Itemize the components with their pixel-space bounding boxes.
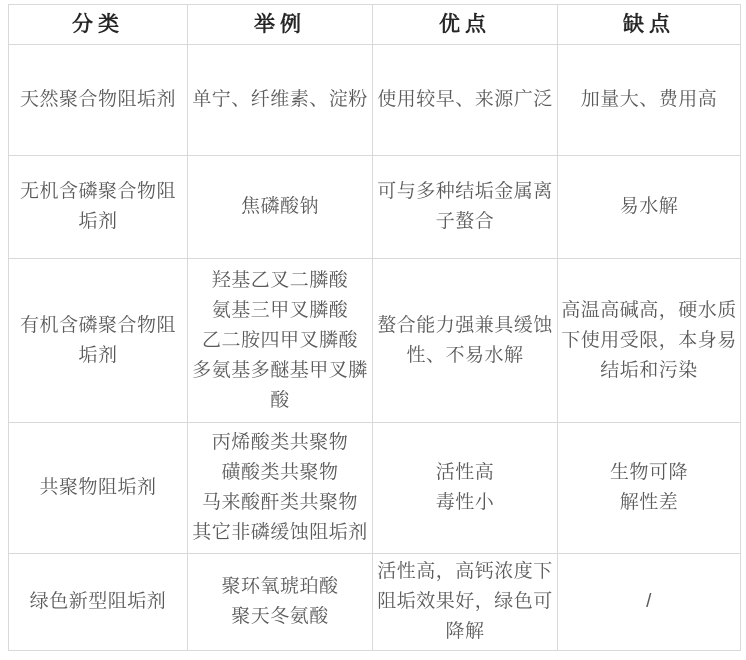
cell-disadvantages: 高温高碱高，硬水质下使用受限，本身易结垢和污染 [558,259,741,423]
cell-line: 马来酸酐类共聚物 [191,488,369,518]
cell-examples: 聚环氧琥珀酸 聚天冬氨酸 [188,554,373,651]
cell-line: 其它非磷缓蚀阻垢剂 [191,518,369,548]
cell-line: 羟基乙叉二膦酸 [191,266,369,296]
cell-line: 聚环氧琥珀酸 [191,572,369,602]
cell-disadvantages: / [558,554,741,651]
cell-advantages: 活性高 毒性小 [373,423,558,554]
table-row: 有机含磷聚合物阻垢剂 羟基乙叉二膦酸 氨基三甲叉膦酸 乙二胺四甲叉膦酸 多氨基多… [9,259,741,423]
cell-line: 螯合能力强兼具缓蚀性、不易水解 [376,311,554,371]
table-row: 无机含磷聚合物阻垢剂 焦磷酸钠 可与多种结垢金属离子螯合 易水解 [9,156,741,259]
cell-line: 磺酸类共聚物 [191,458,369,488]
cell-disadvantages: 易水解 [558,156,741,259]
column-header-advantages: 优点 [373,5,558,45]
column-header-examples: 举例 [188,5,373,45]
cell-line: 乙二胺四甲叉膦酸 [191,326,369,356]
cell-line: 生物可降 [561,458,737,488]
cell-line: 解性差 [561,488,737,518]
cell-line: 无机含磷聚合物阻垢剂 [12,177,184,237]
cell-examples: 羟基乙叉二膦酸 氨基三甲叉膦酸 乙二胺四甲叉膦酸 多氨基多醚基甲叉膦酸 [188,259,373,423]
column-header-category: 分类 [9,5,188,45]
table-row: 绿色新型阻垢剂 聚环氧琥珀酸 聚天冬氨酸 活性高，高钙浓度下阻垢效果好，绿色可降… [9,554,741,651]
cell-category: 有机含磷聚合物阻垢剂 [9,259,188,423]
cell-examples: 单宁、纤维素、淀粉 [188,45,373,156]
cell-disadvantages: 生物可降 解性差 [558,423,741,554]
table-row: 天然聚合物阻垢剂 单宁、纤维素、淀粉 使用较早、来源广泛 加量大、费用高 [9,45,741,156]
cell-line: 单宁、纤维素、淀粉 [191,85,369,115]
cell-category: 绿色新型阻垢剂 [9,554,188,651]
cell-line: 氨基三甲叉膦酸 [191,296,369,326]
cell-line: 绿色新型阻垢剂 [12,587,184,617]
cell-category: 共聚物阻垢剂 [9,423,188,554]
cell-line: 易水解 [561,192,737,222]
cell-line: / [561,587,737,617]
cell-line: 可与多种结垢金属离子螯合 [376,177,554,237]
cell-line: 加量大、费用高 [561,85,737,115]
cell-line: 活性高，高钙浓度下阻垢效果好，绿色可降解 [376,557,554,647]
header-row: 分类 举例 优点 缺点 [9,5,741,45]
cell-disadvantages: 加量大、费用高 [558,45,741,156]
cell-line: 丙烯酸类共聚物 [191,428,369,458]
cell-category: 天然聚合物阻垢剂 [9,45,188,156]
cell-category: 无机含磷聚合物阻垢剂 [9,156,188,259]
cell-line: 共聚物阻垢剂 [12,473,184,503]
cell-line: 活性高 [376,458,554,488]
document-page: 分类 举例 优点 缺点 天然聚合物阻垢剂 单宁、纤维素、淀粉 使用较早、来源广泛… [0,0,746,660]
cell-advantages: 螯合能力强兼具缓蚀性、不易水解 [373,259,558,423]
column-header-disadvantages: 缺点 [558,5,741,45]
cell-line: 有机含磷聚合物阻垢剂 [12,311,184,371]
cell-examples: 丙烯酸类共聚物 磺酸类共聚物 马来酸酐类共聚物 其它非磷缓蚀阻垢剂 [188,423,373,554]
table-row: 共聚物阻垢剂 丙烯酸类共聚物 磺酸类共聚物 马来酸酐类共聚物 其它非磷缓蚀阻垢剂… [9,423,741,554]
cell-line: 使用较早、来源广泛 [376,85,554,115]
cell-examples: 焦磷酸钠 [188,156,373,259]
cell-line: 毒性小 [376,488,554,518]
scale-inhibitor-table: 分类 举例 优点 缺点 天然聚合物阻垢剂 单宁、纤维素、淀粉 使用较早、来源广泛… [8,4,741,651]
cell-line: 高温高碱高，硬水质下使用受限，本身易结垢和污染 [561,296,737,386]
cell-line: 焦磷酸钠 [191,192,369,222]
cell-advantages: 使用较早、来源广泛 [373,45,558,156]
cell-line: 聚天冬氨酸 [191,602,369,632]
cell-advantages: 活性高，高钙浓度下阻垢效果好，绿色可降解 [373,554,558,651]
cell-advantages: 可与多种结垢金属离子螯合 [373,156,558,259]
cell-line: 多氨基多醚基甲叉膦酸 [191,356,369,416]
cell-line: 天然聚合物阻垢剂 [12,85,184,115]
